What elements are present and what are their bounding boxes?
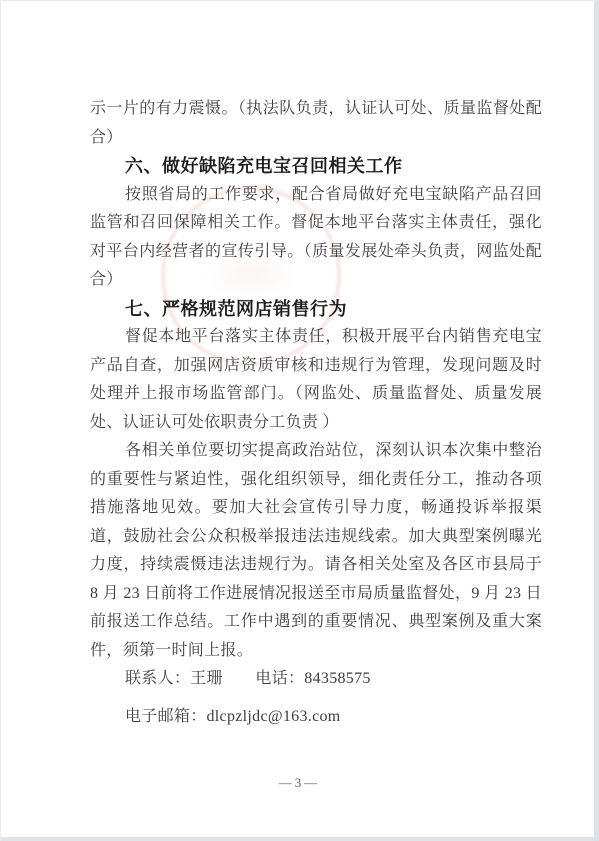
- document-page: 示一片的有力震慑。（执法队负责，认证认可处、质量监督处配合） 六、做好缺陷充电宝…: [0, 0, 599, 841]
- document-body: 示一片的有力震慑。（执法队负责，认证认可处、质量监督处配合） 六、做好缺陷充电宝…: [90, 95, 542, 731]
- section-six-paragraph: 按照省局的工作要求，配合省局做好充电宝缺陷产品召回监管和召回保障相关工作。督促本…: [90, 181, 542, 295]
- continuation-paragraph: 示一片的有力震慑。（执法队负责，认证认可处、质量监督处配合）: [90, 95, 542, 152]
- page-number: —3—: [0, 775, 599, 791]
- contact-email-line: 电子邮箱：dlcpzljdc@163.com: [90, 703, 542, 732]
- section-heading-six: 六、做好缺陷充电宝召回相关工作: [90, 152, 542, 181]
- section-seven-paragraph: 督促本地平台落实主体责任，积极开展平台内销售充电宝产品自查，加强网店资质审核和违…: [90, 323, 542, 437]
- closing-requirements-paragraph: 各相关单位要切实提高政治站位，深刻认识本次集中整治的重要性与紧迫性，强化组织领导…: [90, 437, 542, 665]
- section-heading-seven: 七、严格规范网店销售行为: [90, 295, 542, 324]
- contact-person-line: 联系人：王珊 电话：84358575: [90, 665, 542, 694]
